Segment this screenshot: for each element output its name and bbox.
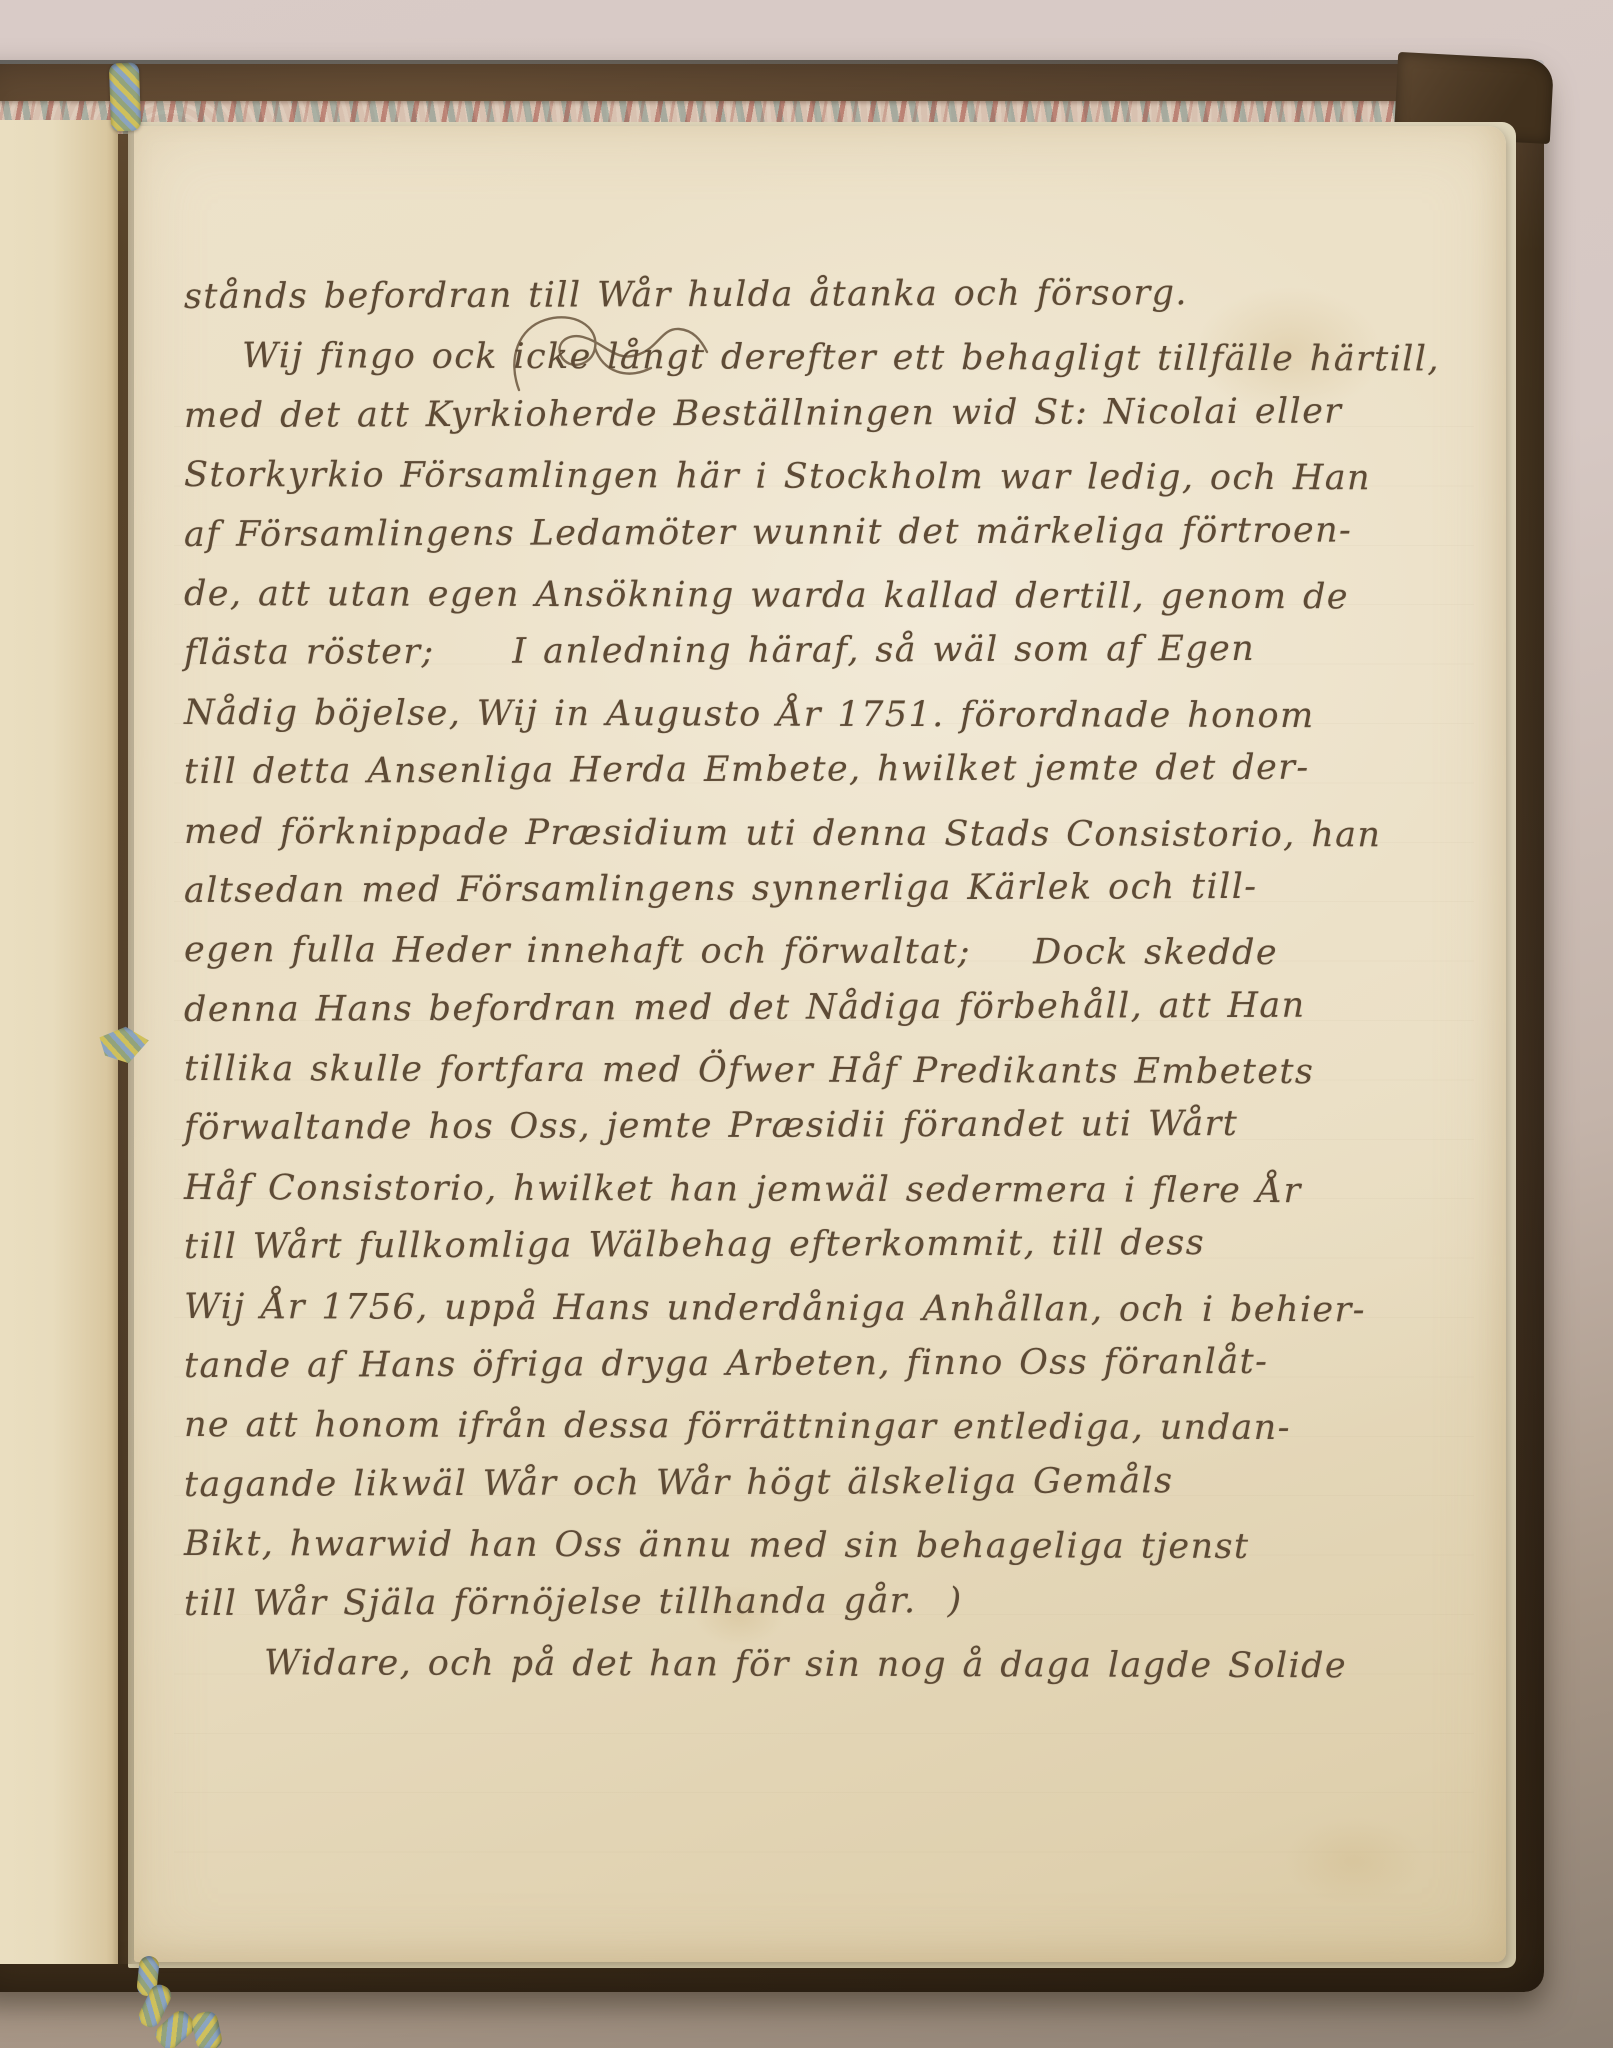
manuscript-line: de, att utan egen Ansökning warda kallad… bbox=[184, 565, 1454, 628]
manuscript-line: till Wårt fullkomliga Wälbehag efterkomm… bbox=[184, 1213, 1454, 1277]
manuscript-text: stånds befordran till Wår hulda åtanka o… bbox=[184, 268, 1454, 1693]
manuscript-line: Storkyrkio Församlingen här i Stockholm … bbox=[184, 446, 1454, 509]
manuscript-scan: stånds befordran till Wår hulda åtanka o… bbox=[0, 0, 1613, 2048]
manuscript-line: ne att honom ifrån dessa förrättningar e… bbox=[184, 1396, 1454, 1459]
manuscript-line: flästa röster; I anledning häraf, så wäl… bbox=[184, 619, 1454, 683]
manuscript-line: Nådig böjelse, Wij in Augusto År 1751. f… bbox=[184, 684, 1454, 747]
manuscript-line: stånds befordran till Wår hulda åtanka o… bbox=[184, 263, 1454, 327]
manuscript-line: Wij fingo ock icke långt derefter ett be… bbox=[184, 327, 1454, 390]
manuscript-line: tande af Hans öfriga dryga Arbeten, finn… bbox=[184, 1332, 1454, 1396]
tassel-segment bbox=[190, 2010, 223, 2048]
page-stain bbox=[1284, 1816, 1424, 1906]
manuscript-line: Bikt, hwarwid han Oss ännu med sin behag… bbox=[184, 1515, 1454, 1578]
manuscript-line: denna Hans befordran med det Nådiga förb… bbox=[184, 976, 1454, 1040]
manuscript-line: egen fulla Heder innehaft och förwaltat;… bbox=[184, 921, 1454, 984]
headband-cord bbox=[109, 62, 141, 131]
manuscript-line: altsedan med Församlingens synnerliga Kä… bbox=[184, 857, 1454, 921]
manuscript-line: Wij År 1756, uppå Hans underdåniga Anhål… bbox=[184, 1278, 1454, 1341]
manuscript-line: med det att Kyrkioherde Beställningen wi… bbox=[184, 382, 1454, 446]
manuscript-line: till Wår Själa förnöjelse tillhanda går.… bbox=[184, 1570, 1454, 1634]
manuscript-line: tillika skulle fortfara med Öfwer Håf Pr… bbox=[184, 1040, 1454, 1103]
manuscript-line: till detta Ansenliga Herda Embete, hwilk… bbox=[184, 738, 1454, 802]
endband-tassel bbox=[126, 1954, 246, 2048]
manuscript-line: af Församlingens Ledamöter wunnit det mä… bbox=[184, 501, 1454, 565]
manuscript-line: med förknippade Præsidium uti denna Stad… bbox=[184, 803, 1454, 866]
previous-page-edge bbox=[0, 120, 118, 1964]
manuscript-line: Widare, och på det han för sin nog å dag… bbox=[184, 1634, 1454, 1697]
manuscript-line: Håf Consistorio, hwilket han jemwäl sede… bbox=[184, 1159, 1454, 1222]
manuscript-line: förwaltande hos Oss, jemte Præsidii föra… bbox=[184, 1095, 1454, 1159]
manuscript-line: tagande likwäl Wår och Wår högt älskelig… bbox=[184, 1451, 1454, 1515]
